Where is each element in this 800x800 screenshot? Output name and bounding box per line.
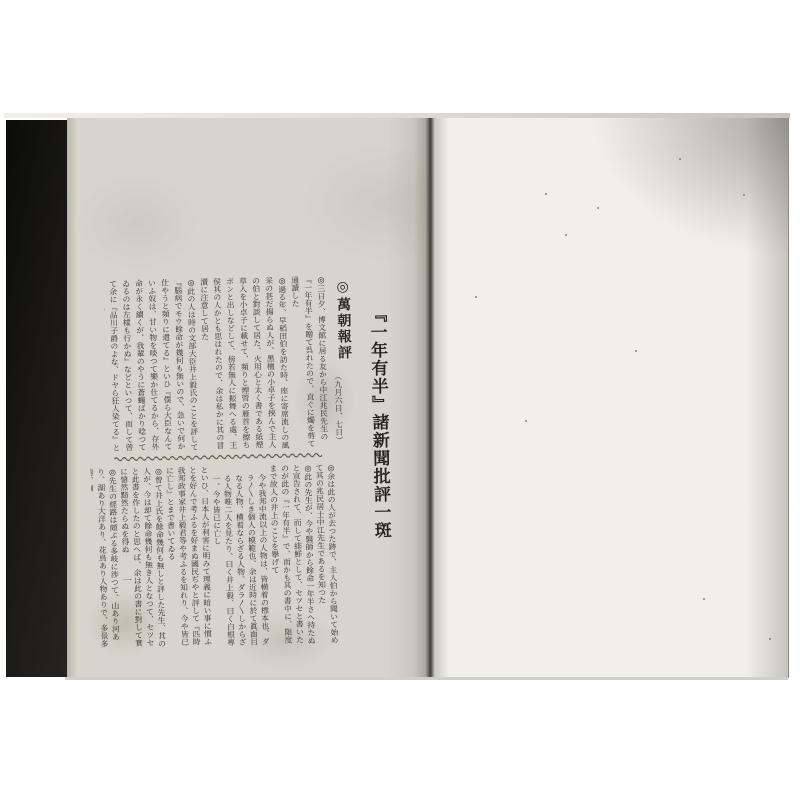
paper-speck <box>475 296 477 298</box>
paper-speck <box>769 638 771 640</box>
right-page-blank <box>435 118 789 678</box>
paper-speck <box>525 420 527 422</box>
quoted-passage: 今や我邦中流以上の人物は、皆横着の標本也、ダラ〱しき個人の模範也、余は近時に於て… <box>210 465 271 647</box>
paper-speck <box>545 193 547 195</box>
lower-text-band: ◎余は此の人が去つた跡で、主人伯から聞いて始めて其の兆民居士中江先生であるを知つ… <box>90 463 340 649</box>
paper-speck <box>743 194 745 196</box>
book-bottom-edge <box>65 677 788 680</box>
paragraph: ◎先生の經路は頗ぶる多岐に渉つて、山あり河あり、湖あり大洋あり、花鳥あり人物あり… <box>90 468 121 650</box>
left-page: 『一年有半』諸新聞批評一斑 ◎萬朝報評 （九月六日、七日） ◎三日夕、博文館に居… <box>67 118 430 678</box>
book-cover-strip <box>6 120 67 677</box>
paragraph: ◎此の先生が、今や醫師から餘命一年半さへ持たぬと宣告されて、而して緋鮮として、セ… <box>267 464 317 646</box>
page-gutter <box>425 118 435 678</box>
paragraph: ◎此の人は時の文部大臣井上毅氏のことを評して『腦病でモウ餘命が幾何も無いので、急… <box>103 278 201 459</box>
paragraph: ◎三日夕、博文館に居る友から中江兆民先生の『一年有半』を贈て呉れたので、直ぐに燭… <box>288 275 331 455</box>
paper-speck <box>703 598 705 600</box>
paragraph: といひ、日本人が利害に明みて理義に暗い事に慣ふとを好んで考ふるを好まぬ國民ぢやと… <box>164 466 214 648</box>
left-page-content: 『一年有半』諸新聞批評一斑 ◎萬朝報評 （九月六日、七日） ◎三日夕、博文館に居… <box>61 114 436 681</box>
page-title: 『一年有半』諸新聞批評一斑 <box>364 305 394 557</box>
paper-speck <box>679 158 681 160</box>
upper-text-band: ◎三日夕、博文館に居る友から中江兆民先生の『一年有半』を贈て呉れたので、直ぐに燭… <box>103 275 331 459</box>
paper-speck <box>635 350 637 352</box>
paragraph: ◎過る年、早稻田伯を訪た時、座に寄席流しの風采の甚だ揚らぬ人が、黑檀の小卓子を挾… <box>197 276 292 457</box>
paper-speck <box>597 207 599 209</box>
paragraph: ◎曾て井上氏を餘命幾何も無しと評した先生、其の人が、今は却て餘命幾何も無き人とな… <box>118 467 168 649</box>
section-date: （九月六日、七日） <box>332 372 345 462</box>
page-number: 一 <box>123 573 132 586</box>
paragraph: ◎余は此の人が去つた跡で、主人伯から聞いて始めて其の兆民居士中江先生であるを知つ… <box>313 463 340 644</box>
paper-speck <box>565 234 567 236</box>
